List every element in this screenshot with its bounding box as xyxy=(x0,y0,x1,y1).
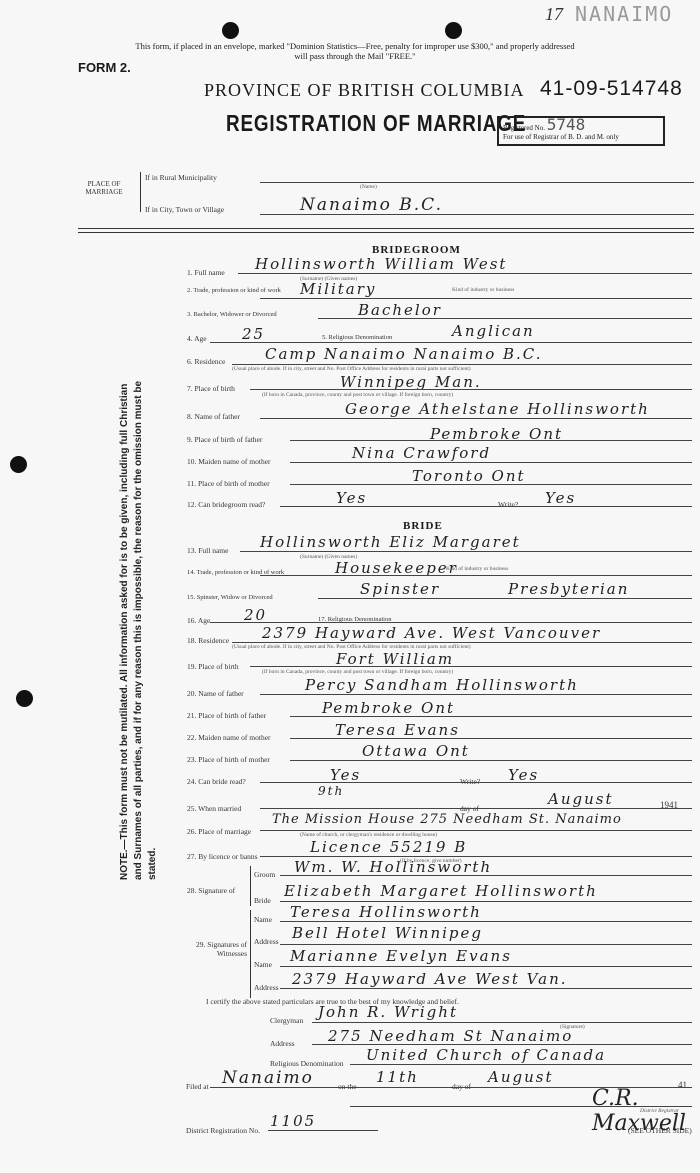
field-label: Can bride read? xyxy=(198,777,245,786)
clergyman-label: Clergyman xyxy=(270,1016,303,1025)
groom-sig-label: Groom xyxy=(254,870,275,879)
rule xyxy=(350,1064,692,1065)
city-value: Nanaimo B.C. xyxy=(300,195,443,215)
field-number: 21. xyxy=(187,711,196,720)
rule xyxy=(350,1106,692,1107)
groom-can-read: Yes xyxy=(336,489,367,507)
field-label: Can bridegroom read? xyxy=(198,500,265,509)
rule xyxy=(260,856,692,857)
bride-residence: 2379 Hayward Ave. West Vancouver xyxy=(262,624,601,642)
groom-religion: Anglican xyxy=(452,322,535,340)
field-label: Place of birth of mother xyxy=(198,755,270,764)
field-number: 11. xyxy=(187,479,196,488)
registered-no-box: Registered No. 5748 For use of Registrar… xyxy=(497,116,665,146)
bracket xyxy=(140,172,141,212)
field-label: Maiden name of mother xyxy=(198,733,270,742)
groom-signature: Wm. W. Hollinsworth xyxy=(294,858,492,876)
field-number: 22. xyxy=(187,733,196,742)
witness2-address-label: Address xyxy=(254,983,279,992)
witness1-name: Teresa Hollinsworth xyxy=(290,903,482,921)
field-number: 1. xyxy=(187,268,193,277)
registrar-label: District Registrar xyxy=(640,1108,679,1114)
field-number: 18. xyxy=(187,636,196,645)
rule xyxy=(280,901,692,902)
field-label: Place of birth xyxy=(195,384,235,393)
punch-hole xyxy=(445,22,462,39)
birthplace-hint: (If born in Canada, province, county and… xyxy=(262,392,453,398)
rule xyxy=(290,440,692,441)
denomination-label: Religious Denomination xyxy=(270,1059,344,1068)
bride-mother-maiden-name: Teresa Evans xyxy=(335,721,460,739)
registered-no-label: Registered No. xyxy=(503,124,545,132)
marriage-place: The Mission House 275 Needham St. Nanaim… xyxy=(272,812,622,827)
rule xyxy=(260,830,692,831)
field-label: Place of birth xyxy=(198,662,238,671)
rule xyxy=(280,875,692,876)
rule xyxy=(318,598,692,599)
industry-label: Kind of industry or business xyxy=(446,566,508,572)
place-code-stamp: NANAIMO xyxy=(575,2,673,26)
field-label: Name of father xyxy=(195,412,240,421)
registration-number: 41-09-514748 xyxy=(540,77,683,101)
see-other-side: (SEE OTHER SIDE) xyxy=(628,1126,692,1135)
province-title: PROVINCE OF BRITISH COLUMBIA xyxy=(204,80,525,101)
rule xyxy=(312,1022,692,1023)
rule xyxy=(290,716,692,717)
clergyman-signature: John R. Wright xyxy=(318,1003,458,1021)
rule xyxy=(238,273,692,274)
witnesses-label: 29. Signatures of Witnesses xyxy=(187,940,247,958)
industry-label: Kind of industry or business xyxy=(452,287,514,293)
groom-mother-maiden-name: Nina Crawford xyxy=(352,444,491,462)
bride-marital-status: Spinster xyxy=(360,580,440,598)
rule xyxy=(280,506,692,507)
punch-hole xyxy=(10,456,27,473)
field-label: Full name xyxy=(195,268,225,277)
field-label: Maiden name of mother xyxy=(198,457,270,466)
field-number: 12. xyxy=(187,500,196,509)
page-title: REGISTRATION OF MARRIAGE xyxy=(226,110,526,137)
field-number: 24. xyxy=(187,777,196,786)
field-number: 9. xyxy=(187,435,193,444)
field-number: 4. xyxy=(187,334,193,343)
rule xyxy=(280,966,692,967)
bride-mother-birthplace: Ottawa Ont xyxy=(362,742,470,760)
rule xyxy=(260,214,694,215)
bride-father-birthplace: Pembroke Ont xyxy=(322,699,455,717)
field-number: 3. xyxy=(187,311,192,318)
registered-no-hint: For use of Registrar of B. D. and M. onl… xyxy=(503,133,619,141)
bride-full-name: Hollinsworth Eliz Margaret xyxy=(260,533,521,551)
field-number: 6. xyxy=(187,357,193,366)
marriage-day: 9th xyxy=(318,784,344,798)
rule xyxy=(232,364,692,365)
place-of-marriage-field-label: 26. Place of marriage xyxy=(187,827,251,836)
field-number: 15. xyxy=(187,594,195,601)
clergy-denomination: United Church of Canada xyxy=(366,1046,606,1064)
rule xyxy=(260,694,692,695)
licence-value: Licence 55219 B xyxy=(310,838,467,856)
rule xyxy=(260,575,692,576)
rule xyxy=(268,1130,378,1131)
rule xyxy=(290,484,692,485)
filed-day: 11th xyxy=(376,1068,419,1086)
witness1-address-label: Address xyxy=(254,937,279,946)
field-number: 23. xyxy=(187,755,196,764)
witness2-name: Marianne Evelyn Evans xyxy=(290,947,512,965)
place-of-marriage-label: PLACE OF MARRIAGE xyxy=(78,180,130,196)
when-married-label: 25. When married xyxy=(187,804,241,813)
groom-mother-birthplace: Toronto Ont xyxy=(412,467,526,485)
punch-hole xyxy=(222,22,239,39)
signature-label: 28. Signature of xyxy=(187,886,235,895)
rule xyxy=(290,738,692,739)
groom-can-write: Yes xyxy=(545,489,576,507)
rule xyxy=(260,298,692,299)
double-rule xyxy=(78,228,694,233)
rule xyxy=(250,389,692,390)
bracket xyxy=(250,910,251,998)
index-number: 17 xyxy=(545,4,563,25)
licence-label: 27. By licence or banns xyxy=(187,852,258,861)
filed-at-value: Nanaimo xyxy=(222,1068,314,1088)
field-label: Residence xyxy=(198,636,229,645)
groom-full-name: Hollinsworth William West xyxy=(255,255,507,273)
rule xyxy=(260,418,692,419)
mail-notice: This form, if placed in an envelope, mar… xyxy=(130,41,580,61)
field-number: 10. xyxy=(187,457,196,466)
marriage-month: August xyxy=(548,790,613,808)
bride-heading: BRIDE xyxy=(403,520,443,532)
field-label: Trade, profession or kind of work xyxy=(193,287,281,294)
groom-age: 25 xyxy=(242,325,265,343)
field-number: 8. xyxy=(187,412,193,421)
rule xyxy=(210,342,692,343)
punch-hole xyxy=(16,690,33,707)
field-label: Place of birth of father xyxy=(198,711,266,720)
clergy-address: 275 Needham St Nanaimo xyxy=(328,1027,573,1045)
field-label: Place of birth of mother xyxy=(198,479,270,488)
registered-no-value: 5748 xyxy=(547,115,586,134)
rule xyxy=(280,944,692,945)
groom-residence: Camp Nanaimo Nanaimo B.C. xyxy=(265,345,543,363)
rural-label: If in Rural Municipality xyxy=(145,173,217,182)
rule xyxy=(260,182,694,183)
field-number: 14. xyxy=(187,569,195,576)
groom-marital-status: Bachelor xyxy=(358,301,442,319)
field-label: Bachelor, Widower or Divorced xyxy=(194,311,277,318)
form-number: FORM 2. xyxy=(78,60,131,75)
rule xyxy=(210,622,692,623)
bride-signature: Elizabeth Margaret Hollinsworth xyxy=(284,882,598,900)
field-label: Spinster, Widow or Divorced xyxy=(197,594,273,601)
district-no-label: District Registration No. xyxy=(186,1126,260,1135)
rule xyxy=(232,642,692,643)
field-label: Name of father xyxy=(198,689,243,698)
filed-at-label: Filed at xyxy=(186,1082,209,1091)
witness2-name-label: Name xyxy=(254,960,272,969)
groom-father-name: George Athelstane Hollinsworth xyxy=(345,400,650,418)
groom-occupation: Military xyxy=(300,280,376,298)
write-label: Write? xyxy=(498,500,518,509)
field-number: 7. xyxy=(187,384,193,393)
rule xyxy=(280,988,692,989)
religion-label: 5. Religious Denomination xyxy=(322,334,392,341)
rule xyxy=(312,1044,692,1045)
field-number: 16. xyxy=(187,616,196,625)
rule xyxy=(260,782,692,783)
field-number: 13. xyxy=(187,546,196,555)
witness1-name-label: Name xyxy=(254,915,272,924)
bracket xyxy=(250,866,251,906)
rule xyxy=(318,318,692,319)
filed-month: August xyxy=(488,1068,553,1086)
birthplace-hint: (If born in Canada, province, county and… xyxy=(262,669,453,675)
bride-religion: Presbyterian xyxy=(508,580,629,598)
bride-sig-label: Bride xyxy=(254,896,271,905)
rule xyxy=(280,921,692,922)
field-label: Full name xyxy=(198,546,228,555)
name-hint: (Name) xyxy=(360,184,377,190)
rule xyxy=(260,808,692,809)
field-number: 2. xyxy=(187,287,192,294)
field-number: 20. xyxy=(187,689,196,698)
rule xyxy=(250,666,692,667)
residence-hint: (Usual place of abode. If in city, stree… xyxy=(232,366,471,372)
witness2-address: 2379 Hayward Ave West Van. xyxy=(292,970,568,988)
field-label: Age xyxy=(194,334,207,343)
witness1-address: Bell Hotel Winnipeg xyxy=(292,924,483,942)
field-label: Residence xyxy=(195,357,226,366)
rule xyxy=(290,462,692,463)
rule xyxy=(240,551,692,552)
field-label: Place of birth of father xyxy=(195,435,263,444)
city-label: If in City, Town or Village xyxy=(145,205,224,214)
field-label: Age xyxy=(198,616,211,625)
side-note: NOTE.—This form must not be mutilated. A… xyxy=(118,370,160,880)
district-no-value: 1105 xyxy=(270,1112,316,1130)
clergy-address-label: Address xyxy=(270,1039,295,1048)
field-number: 19. xyxy=(187,662,196,671)
rule xyxy=(290,760,692,761)
bride-father-name: Percy Sandham Hollinsworth xyxy=(305,676,579,694)
